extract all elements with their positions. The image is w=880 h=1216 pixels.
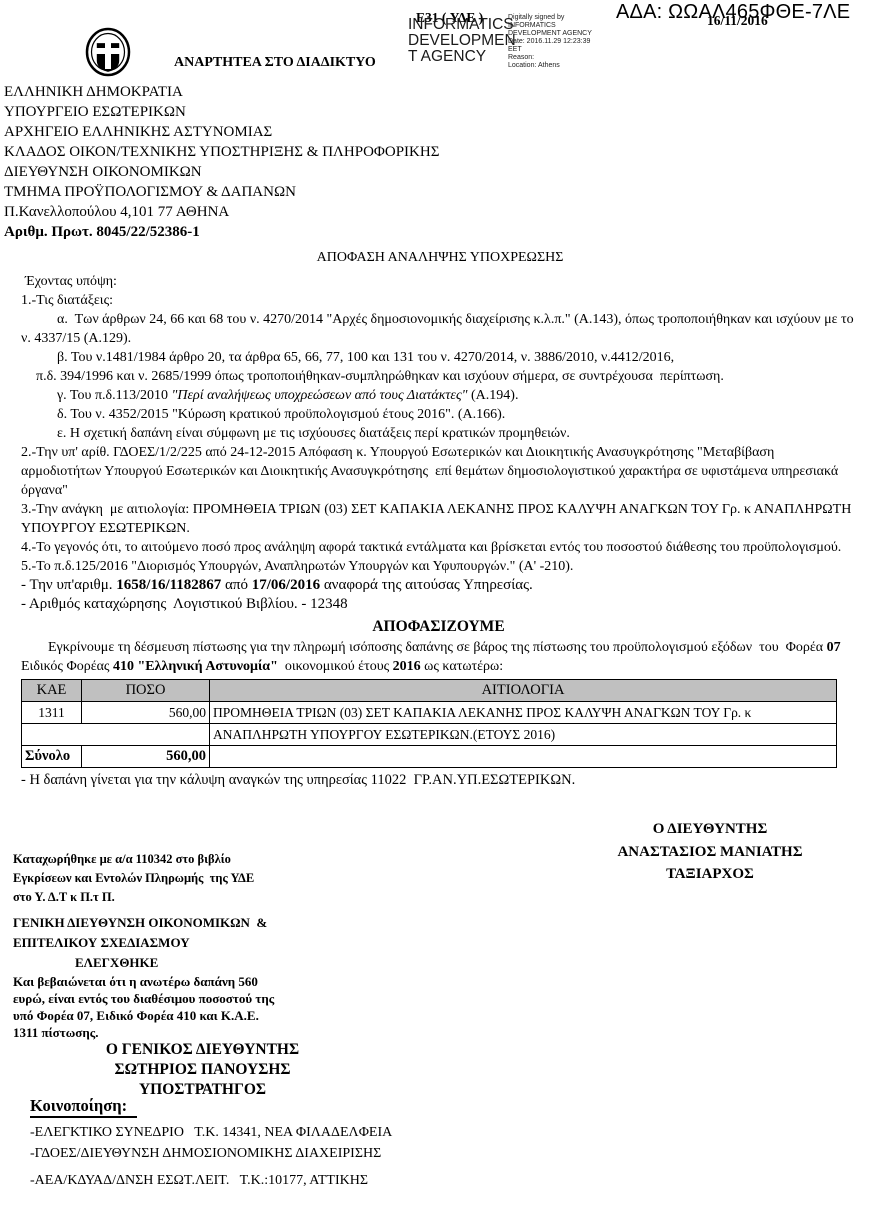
issuing-agency-block: ΕΛΛΗΝΙΚΗ ΔΗΜΟΚΡΑΤΙΑ ΥΠΟΥΡΓΕΙΟ ΕΣΩΤΕΡΙΚΩΝ…: [4, 82, 880, 242]
expense-row-continued: ΑΝΑΠΛΗΡΩΤΗ ΥΠΟΥΡΓΟΥ ΕΣΩΤΕΡΙΚΩΝ.(ΕΤΟΥΣ 20…: [22, 724, 837, 746]
director-signature-block: Ο ΔΙΕΥΘΥΝΤΗΣ ΑΝΑΣΤΑΣΙΟΣ ΜΑΝΙΑΤΗΣ ΤΑΞΙΑΡΧ…: [560, 818, 860, 886]
header-aitiologia: ΑΙΤΙΟΛΟΓΙΑ: [210, 680, 837, 702]
director-rank: ΤΑΞΙΑΡΧΟΣ: [560, 863, 860, 886]
agency-line: ΑΡΧΗΓΕΙΟ ΕΛΛΗΝΙΚΗΣ ΑΣΤΥΝΟΜΙΑΣ: [4, 122, 880, 142]
approval-paragraph: Εγκρίνουμε τη δέσμευση πίστωσης για την …: [21, 638, 856, 676]
internet-posting-banner: ΑΝΑΡΤΗΤΕΑ ΣΤΟ ΔΙΑΔΙΚΤΥΟ: [174, 55, 376, 71]
expense-purpose-note: - Η δαπάνη γίνεται για την κάλυψη αναγκώ…: [21, 772, 880, 789]
general-directorate-line: ΕΠΙΤΕΛΙΚΟΥ ΣΧΕΔΙΑΣΜΟΥ: [13, 933, 343, 953]
preamble-item-1: 1.-Τις διατάξεις:: [21, 291, 856, 310]
cell-empty: [22, 724, 210, 746]
item-1c-ref: (Α.194).: [468, 388, 519, 403]
stamp-agency-name: INFORMATICS DEVELOPMEN T AGENCY: [408, 17, 516, 65]
general-directorate-block: ΓΕΝΙΚΗ ΔΙΕΥΘΥΝΣΗ ΟΙΚΟΝΟΜΙΚΩΝ & ΕΠΙΤΕΛΙΚΟ…: [13, 913, 343, 1041]
greek-national-emblem-icon: [84, 26, 132, 78]
decision-heading: ΑΠΟΦΑΣΙΖΟΥΜΕ: [21, 617, 856, 636]
cell-reason-line1: ΠΡΟΜΗΘΕΙΑ ΤΡΙΩΝ (03) ΣΕΤ ΚΑΠΑΚΙΑ ΛΕΚΑΝΗΣ…: [210, 702, 837, 724]
checked-label: ΕΛΕΓΧΘΗΚΕ: [13, 953, 343, 973]
entity-code: 07: [827, 640, 841, 655]
preamble-item-3: 3.-Την ανάγκη με αιτιολογία: ΠΡΟΜΗΘΕΙΑ Τ…: [21, 500, 856, 538]
certification-text: Και βεβαιώνεται ότι η ανωτέρω δαπάνη 560…: [13, 973, 343, 1041]
preamble-section: Έχοντας υπόψη: 1.-Τις διατάξεις: α. Των …: [21, 272, 856, 676]
header-kae: ΚΑΕ: [22, 680, 82, 702]
service-report-reference: - Την υπ'αριθμ. 1658/16/1182867 από 17/0…: [21, 576, 856, 595]
general-director-name: ΣΩΤΗΡΙΟΣ ΠΑΝΟΥΣΗΣ: [55, 1060, 350, 1080]
director-name: ΑΝΑΣΤΑΣΙΟΣ ΜΑΝΙΑΤΗΣ: [560, 841, 860, 864]
preamble-item-4: 4.-Το γεγονός ότι, το αιτούμενο ποσό προ…: [21, 538, 856, 557]
total-row: Σύνολο 560,00: [22, 746, 837, 768]
agency-line: ΤΜΗΜΑ ΠΡΟΫΠΟΛΟΓΙΣΜΟΥ & ΔΑΠΑΝΩΝ: [4, 182, 880, 202]
cell-amount: 560,00: [82, 702, 210, 724]
agency-address: Π.Κανελλοπούλου 4,101 77 ΑΘΗΝΑ: [4, 202, 880, 222]
distribution-item: -ΕΛΕΓΚΤΙΚΟ ΣΥΝΕΔΡΙΟ Τ.Κ. 14341, ΝΕΑ ΦΙΛΑ…: [30, 1122, 392, 1143]
general-director-title: Ο ΓΕΝΙΚΟΣ ΔΙΕΥΘΥΝΤΗΣ: [55, 1040, 350, 1060]
total-spacer: [210, 746, 837, 768]
item-1c-text: γ. Του π.δ.113/2010: [57, 388, 172, 403]
agency-line: ΚΛΑΔΟΣ ΟΙΚΟΝ/ΤΕΧΝΙΚΗΣ ΥΠΟΣΤΗΡΙΞΗΣ & ΠΛΗΡ…: [4, 142, 880, 162]
special-entity: 410 "Ελληνική Αστυνομία": [113, 659, 278, 674]
cell-kae: 1311: [22, 702, 82, 724]
preamble-item-5: 5.-Το π.δ.125/2016 "Διορισμός Υπουργών, …: [21, 557, 856, 576]
agency-line: ΕΛΛΗΝΙΚΗ ΔΗΜΟΚΡΑΤΙΑ: [4, 82, 880, 102]
cell-reason-line2: ΑΝΑΠΛΗΡΩΤΗ ΥΠΟΥΡΓΟΥ ΕΣΩΤΕΡΙΚΩΝ.(ΕΤΟΥΣ 20…: [210, 724, 837, 746]
expense-table: ΚΑΕ ΠΟΣΟ ΑΙΤΙΟΛΟΓΙΑ 1311 560,00 ΠΡΟΜΗΘΕΙ…: [21, 679, 837, 768]
preamble-item-1b-continued: π.δ. 394/1996 και ν. 2685/1999 όπως τροπ…: [21, 367, 856, 386]
ada-date: 16/11/2016: [707, 13, 768, 29]
registry-note-block: Καταχωρήθηκε με α/α 110342 στο βιβλίο Εγ…: [13, 850, 254, 907]
expense-table-header-row: ΚΑΕ ΠΟΣΟ ΑΙΤΙΟΛΟΓΙΑ: [22, 680, 837, 702]
header-poso: ΠΟΣΟ: [82, 680, 210, 702]
decision-document-page: { "ada": { "text": "ΑΔΑ: ΩΩΑΛ465ΦΘΕ-7ΛΕ"…: [0, 0, 880, 1216]
reference-date: 17/06/2016: [252, 577, 320, 593]
director-title: Ο ΔΙΕΥΘΥΝΤΗΣ: [560, 818, 860, 841]
distribution-item: -ΓΔΟΕΣ/ΔΙΕΥΘΥΝΣΗ ΔΗΜΟΣΙΟΝΟΜΙΚΗΣ ΔΙΑΧΕΙΡΙ…: [30, 1143, 392, 1164]
document-header: ΑΝΑΡΤΗΤΕΑ ΣΤΟ ΔΙΑΔΙΚΤΥΟ E31 ( ΥΔΕ ) INFO…: [0, 0, 880, 80]
preamble-item-1c: γ. Του π.δ.113/2010 "Περί αναλήψεως υποχ…: [21, 386, 856, 405]
distribution-list: Κοινοποίηση: -ΕΛΕΓΚΤΙΚΟ ΣΥΝΕΔΡΙΟ Τ.Κ. 14…: [30, 1096, 392, 1191]
distribution-item: -ΑΕΑ/ΚΔΥΑΔ/ΔΝΣΗ ΕΣΩΤ.ΛΕΙΤ. Τ.Κ.:10177, Α…: [30, 1170, 392, 1191]
total-label: Σύνολο: [22, 746, 82, 768]
preamble-item-2: 2.-Την υπ' αρίθ. ΓΔΟΕΣ/1/2/225 από 24-12…: [21, 443, 856, 500]
ledger-registration-line: - Αριθμός καταχώρησης Λογιστικού Βιβλίου…: [21, 595, 856, 614]
agency-line: ΥΠΟΥΡΓΕΙΟ ΕΣΩΤΕΡΙΚΩΝ: [4, 102, 880, 122]
preamble-item-1b: β. Του ν.1481/1984 άρθρο 20, τα άρθρα 65…: [21, 348, 856, 367]
preamble-item-1a: α. Των άρθρων 24, 66 και 68 του ν. 4270/…: [21, 310, 856, 348]
having-regard-line: Έχοντας υπόψη:: [21, 272, 856, 291]
total-value: 560,00: [82, 746, 210, 768]
document-title: ΑΠΟΦΑΣΗ ΑΝΑΛΗΨΗΣ ΥΠΟΧΡΕΩΣΗΣ: [0, 250, 880, 266]
agency-line: ΔΙΕΥΘΥΝΣΗ ΟΙΚΟΝΟΜΙΚΩΝ: [4, 162, 880, 182]
general-directorate-line: ΓΕΝΙΚΗ ΔΙΕΥΘΥΝΣΗ ΟΙΚΟΝΟΜΙΚΩΝ &: [13, 913, 343, 933]
reference-number: 1658/16/1182867: [116, 577, 221, 593]
general-director-signature-block: Ο ΓΕΝΙΚΟΣ ΔΙΕΥΘΥΝΤΗΣ ΣΩΤΗΡΙΟΣ ΠΑΝΟΥΣΗΣ Υ…: [55, 1040, 350, 1100]
preamble-item-1d: δ. Του ν. 4352/2015 "Κύρωση κρατικού προ…: [21, 405, 856, 424]
preamble-item-1e: ε. Η σχετική δαπάνη είναι σύμφωνη με τις…: [21, 424, 856, 443]
protocol-number: Αριθμ. Πρωτ. 8045/22/52386-1: [4, 222, 880, 242]
fiscal-year: 2016: [393, 659, 421, 674]
expense-row: 1311 560,00 ΠΡΟΜΗΘΕΙΑ ΤΡΙΩΝ (03) ΣΕΤ ΚΑΠ…: [22, 702, 837, 724]
distribution-heading: Κοινοποίηση:: [30, 1096, 137, 1118]
item-1c-quote: "Περί αναλήψεως υποχρεώσεων από τους Δια…: [172, 388, 468, 403]
